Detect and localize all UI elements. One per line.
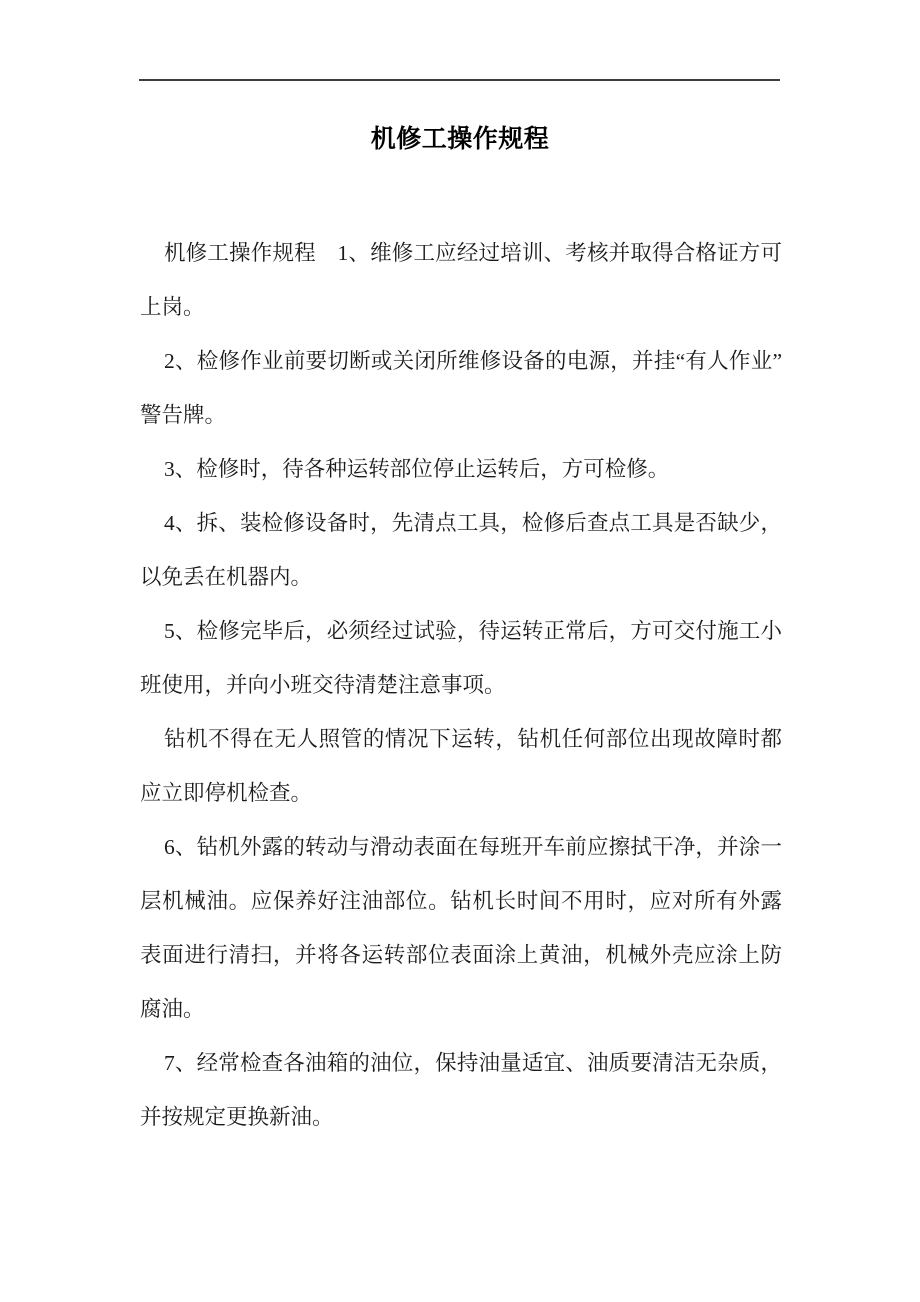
document-line: 警告牌。	[140, 388, 782, 442]
header-rule	[139, 79, 780, 81]
document-line: 以免丢在机器内。	[140, 550, 782, 604]
document-line: 7、经常检查各油箱的油位，保持油量适宜、油质要清洁无杂质，	[140, 1036, 782, 1090]
document-line: 表面进行清扫，并将各运转部位表面涂上黄油，机械外壳应涂上防	[140, 928, 782, 982]
document-line: 钻机不得在无人照管的情况下运转，钻机任何部位出现故障时都	[140, 712, 782, 766]
paragraph: 4、拆、装检修设备时，先清点工具，检修后查点工具是否缺少，以免丢在机器内。	[140, 496, 782, 604]
paragraph: 机修工操作规程 1、维修工应经过培训、考核并取得合格证方可上岗。	[140, 226, 782, 334]
document-line: 应立即停机检查。	[140, 766, 782, 820]
document-title: 机修工操作规程	[0, 123, 920, 155]
document-line: 2、检修作业前要切断或关闭所维修设备的电源，并挂“有人作业”	[140, 334, 782, 388]
paragraph: 6、钻机外露的转动与滑动表面在每班开车前应擦拭干净，并涂一层机械油。应保养好注油…	[140, 820, 782, 1036]
paragraph: 钻机不得在无人照管的情况下运转，钻机任何部位出现故障时都应立即停机检查。	[140, 712, 782, 820]
document-line: 3、检修时，待各种运转部位停止运转后，方可检修。	[140, 442, 782, 496]
document-line: 6、钻机外露的转动与滑动表面在每班开车前应擦拭干净，并涂一	[140, 820, 782, 874]
paragraph: 3、检修时，待各种运转部位停止运转后，方可检修。	[140, 442, 782, 496]
document-line: 机修工操作规程 1、维修工应经过培训、考核并取得合格证方可	[140, 226, 782, 280]
document-line: 4、拆、装检修设备时，先清点工具，检修后查点工具是否缺少，	[140, 496, 782, 550]
document-body: 机修工操作规程 1、维修工应经过培训、考核并取得合格证方可上岗。2、检修作业前要…	[140, 226, 782, 1144]
document-line: 班使用，并向小班交待清楚注意事项。	[140, 658, 782, 712]
paragraph: 5、检修完毕后，必须经过试验，待运转正常后，方可交付施工小班使用，并向小班交待清…	[140, 604, 782, 712]
paragraph: 7、经常检查各油箱的油位，保持油量适宜、油质要清洁无杂质，并按规定更换新油。	[140, 1036, 782, 1144]
document-page: 机修工操作规程 机修工操作规程 1、维修工应经过培训、考核并取得合格证方可上岗。…	[0, 0, 920, 1302]
paragraph: 2、检修作业前要切断或关闭所维修设备的电源，并挂“有人作业”警告牌。	[140, 334, 782, 442]
document-line: 上岗。	[140, 280, 782, 334]
document-line: 5、检修完毕后，必须经过试验，待运转正常后，方可交付施工小	[140, 604, 782, 658]
document-line: 层机械油。应保养好注油部位。钻机长时间不用时，应对所有外露	[140, 874, 782, 928]
document-line: 腐油。	[140, 982, 782, 1036]
document-line: 并按规定更换新油。	[140, 1090, 782, 1144]
